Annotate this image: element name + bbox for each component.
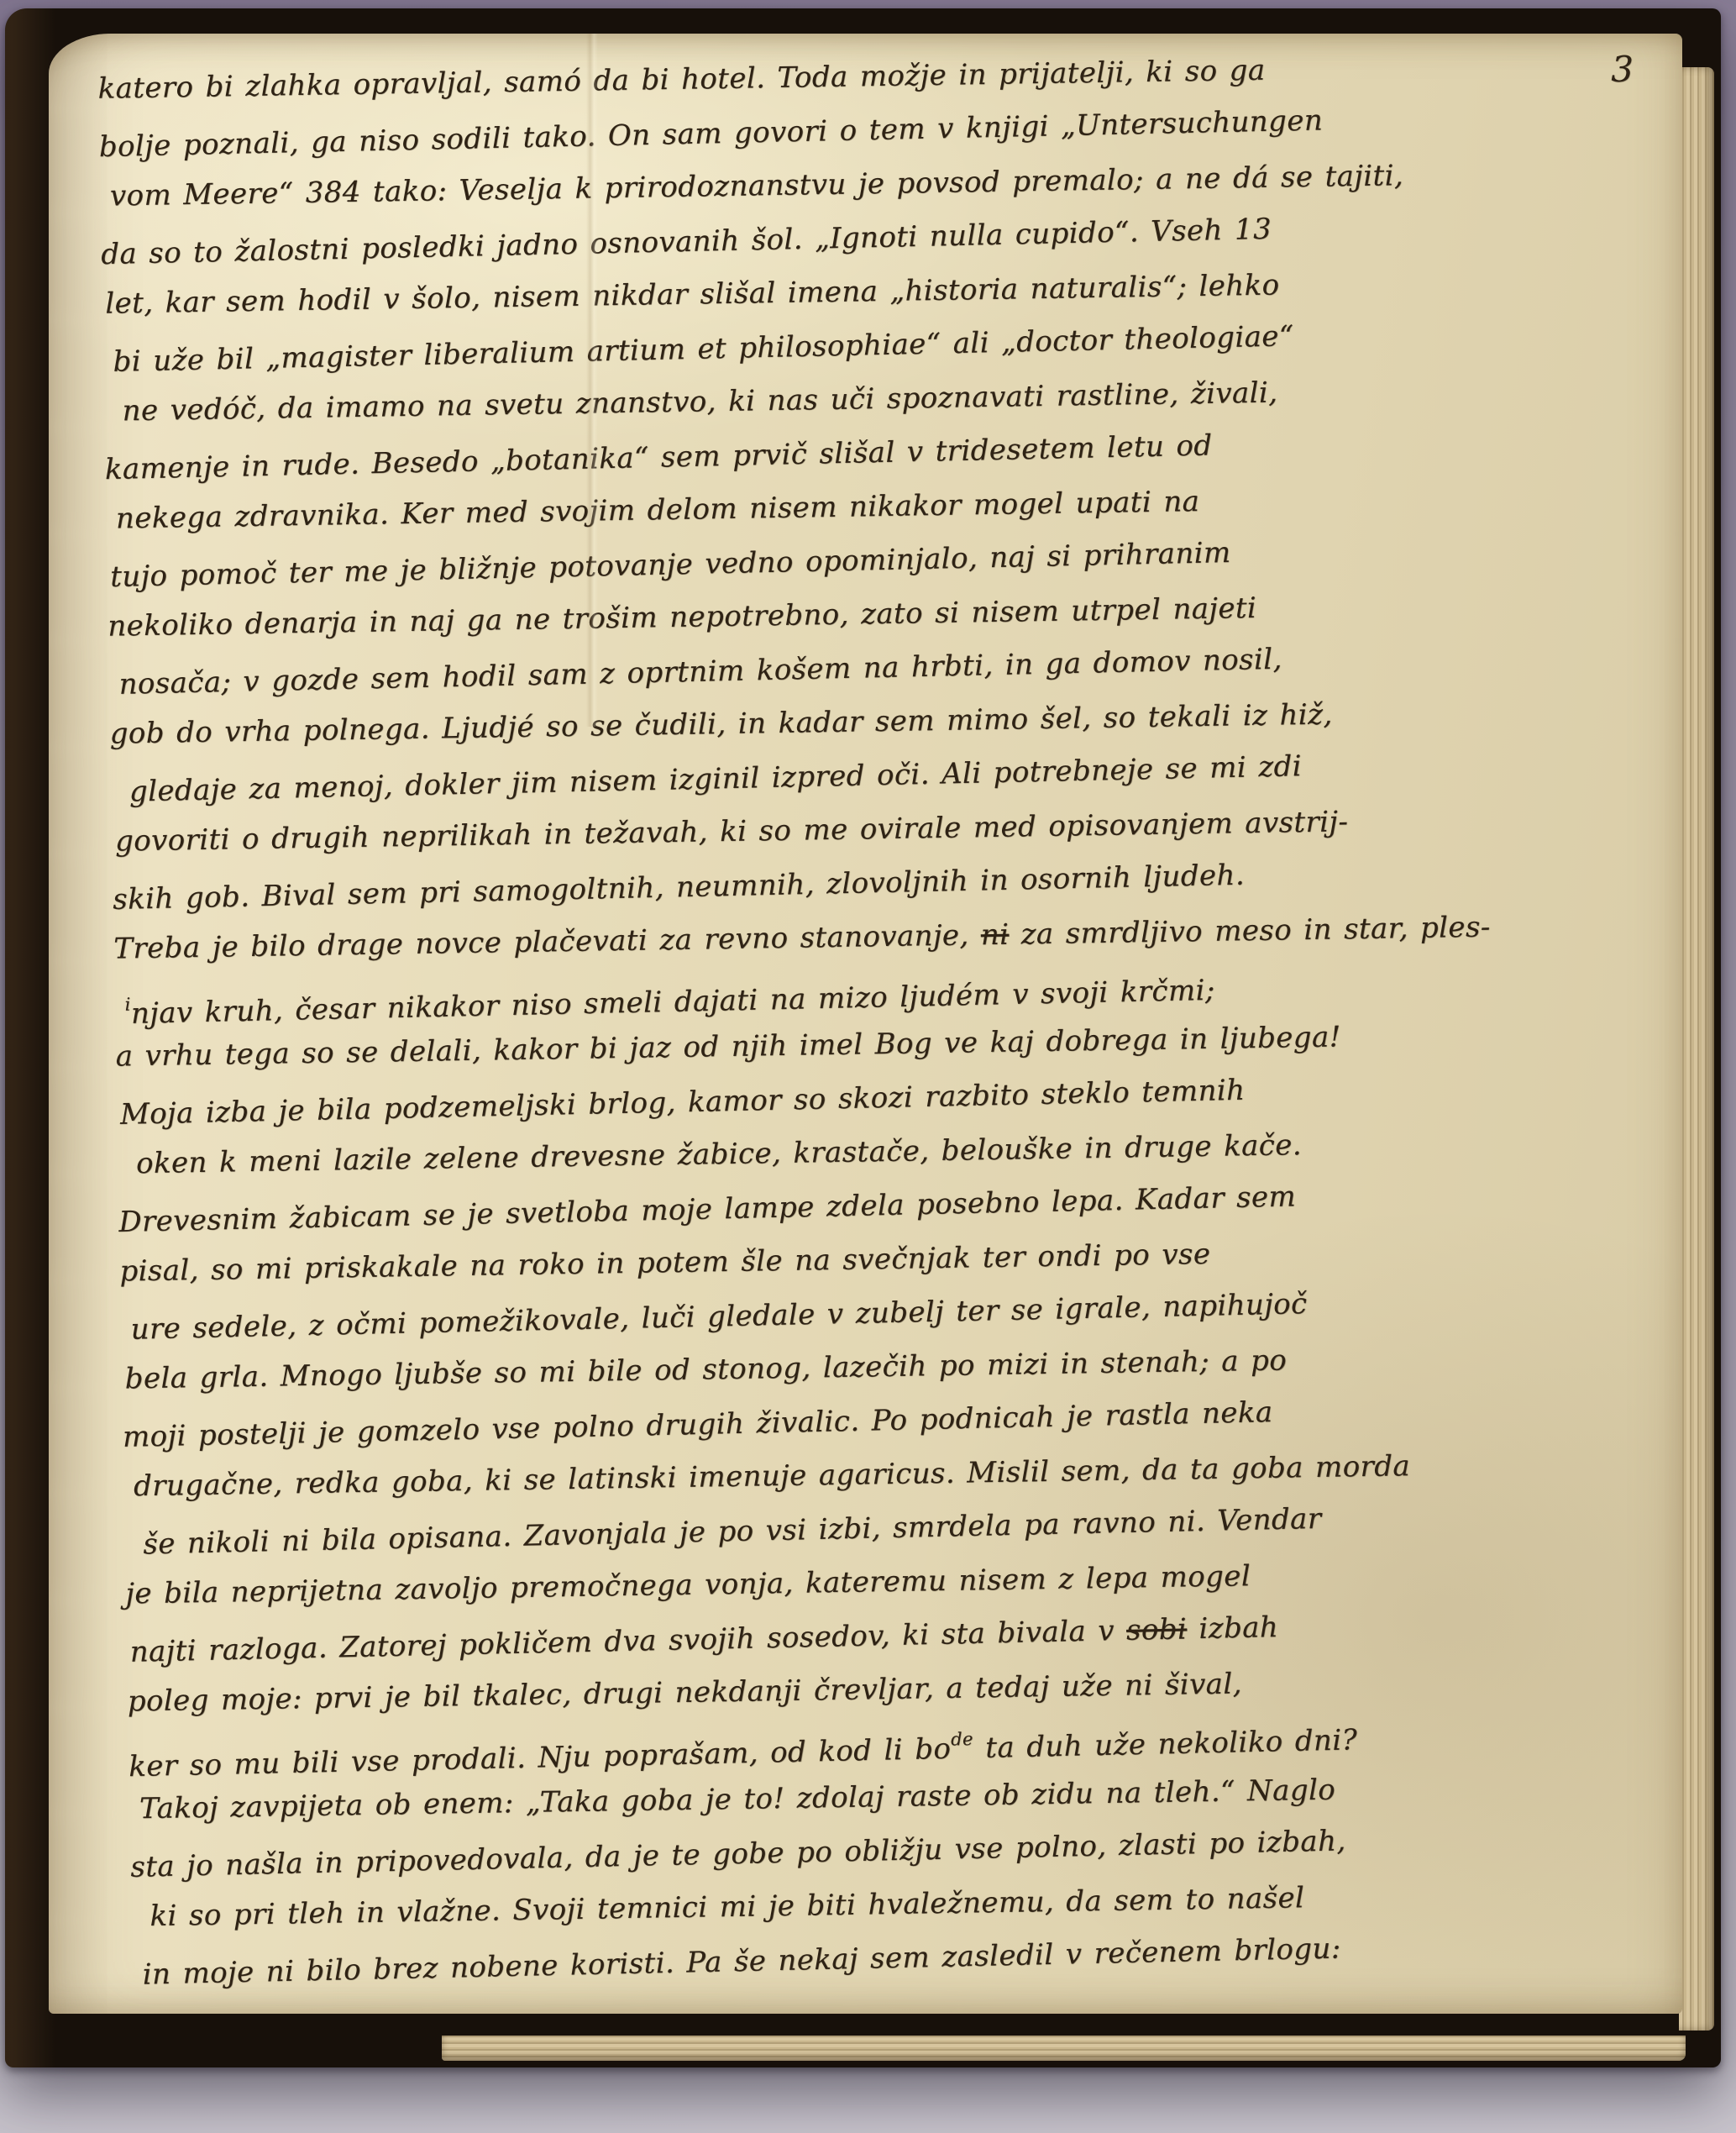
page-fore-edge-right: [1679, 67, 1714, 2031]
manuscript-text: katero bi zlahka opravljal, samó da bi h…: [97, 36, 1664, 1999]
struck-word: ni: [980, 918, 1009, 953]
inserted-letter: de: [951, 1728, 973, 1750]
page-fore-edge-bottom: [442, 2036, 1686, 2061]
inserted-letter: i: [124, 993, 131, 1014]
manuscript-page: 3 katero bi zlahka opravljal, samó da bi…: [49, 34, 1682, 2014]
book-cover: 3 katero bi zlahka opravljal, samó da bi…: [5, 8, 1721, 2067]
struck-word: sobi: [1126, 1612, 1188, 1647]
photo-of-manuscript: { "document": { "page_number": "3", "lin…: [0, 0, 1736, 2133]
